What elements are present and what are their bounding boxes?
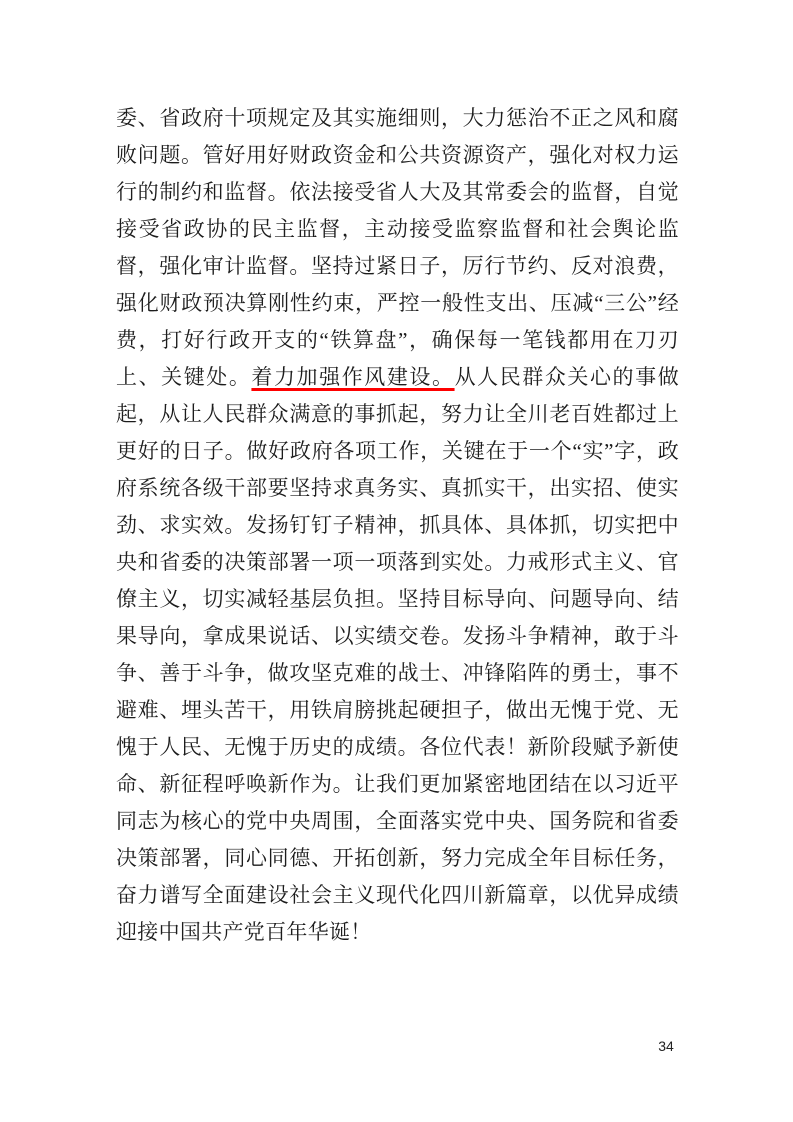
underlined-phrase: 着力加强作风建设。 (251, 365, 454, 389)
text-after-underline: 从人民群众关心的事做起，从让人民群众满意的事抓起，努力让全川老百姓都过上更好的日… (116, 365, 679, 944)
page-number: 34 (652, 1038, 680, 1054)
text-before-underline: 委、省政府十项规定及其实施细则，大力惩治不正之风和腐败问题。管好用好财政资金和公… (116, 106, 679, 389)
body-paragraph: 委、省政府十项规定及其实施细则，大力惩治不正之风和腐败问题。管好用好财政资金和公… (116, 100, 679, 951)
page-body: 委、省政府十项规定及其实施细则，大力惩治不正之风和腐败问题。管好用好财政资金和公… (116, 100, 679, 951)
document-page: 委、省政府十项规定及其实施细则，大力惩治不正之风和腐败问题。管好用好财政资金和公… (0, 0, 793, 1122)
